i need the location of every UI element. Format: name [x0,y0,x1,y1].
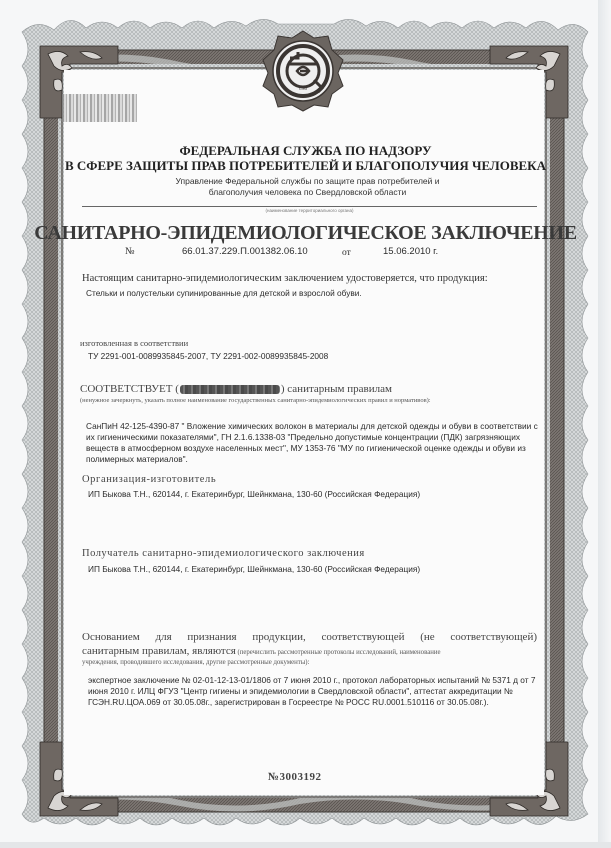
document-title: САНИТАРНО-ЭПИДЕМИОЛОГИЧЕСКОЕ ЗАКЛЮЧЕНИЕ [0,222,611,245]
conclusion-number: 66.01.37.229.П.001382.06.10 [182,246,308,257]
territorial-department: Управление Федеральной службы по защите … [150,176,465,198]
technical-specs: ТУ 2291-001-0089935845-2007, ТУ 2291-002… [88,351,328,362]
sanitary-rules-list: СанПиН 42-125-4390-87 " Вложение химичес… [86,421,541,465]
barcode-stamp [62,94,137,122]
complies-note: (ненужное зачеркнуть, указать полное наи… [80,397,520,406]
struck-out-text [180,385,280,394]
manufacturer-value: ИП Быкова Т.Н., 620144, г. Екатеринбург,… [88,489,420,500]
basis-heading-line-2: санитарным правилам, являются (перечисли… [82,645,542,657]
conclusion-date: 15.06.2010 г. [383,246,438,257]
expert-conclusion: экспертное заключение № 02-01-12-13-01/1… [88,675,538,708]
department-underline [82,206,537,207]
agency-name-line-1: ФЕДЕРАЛЬНАЯ СЛУЖБА ПО НАДЗОРУ [0,143,611,159]
agency-name-line-2: В СФЕРЕ ЗАЩИТЫ ПРАВ ПОТРЕБИТЕЛЕЙ И БЛАГО… [0,158,611,174]
complies-line: СООТВЕТСТВУЕТ () санитарным правилам [80,383,392,395]
rospotrebnadzor-emblem-icon: СЭЗ [262,30,344,112]
department-caption: (наименование территориального органа) [82,208,537,213]
basis-heading-note: (перечислить рассмотренные протоколы исс… [236,649,441,656]
form-serial-number: №3003192 [268,771,322,783]
basis-heading-line-1: Основанием для признания продукции, соот… [82,631,537,643]
product-description: Стельки и полустельки супинированные для… [86,288,362,299]
date-label: от [342,248,351,258]
recipient-value: ИП Быкова Т.Н., 620144, г. Екатеринбург,… [88,564,420,575]
svg-text:СЭЗ: СЭЗ [299,86,308,91]
manufacturer-label: Организация-изготовитель [82,474,216,485]
number-label: № [125,246,135,257]
certify-statement: Настоящим санитарно-эпидемиологическим з… [82,273,488,284]
complies-label: СООТВЕТСТВУЕТ ( [80,383,179,395]
basis-heading-main: санитарным правилам, являются [82,645,236,657]
basis-heading-note-2: учреждения, проводившего исследования, д… [82,659,309,666]
made-according-label: изготовленная в соответствии [80,338,188,348]
recipient-label: Получатель санитарно-эпидемиологического… [82,548,365,559]
complies-suffix: ) санитарным правилам [281,383,392,395]
